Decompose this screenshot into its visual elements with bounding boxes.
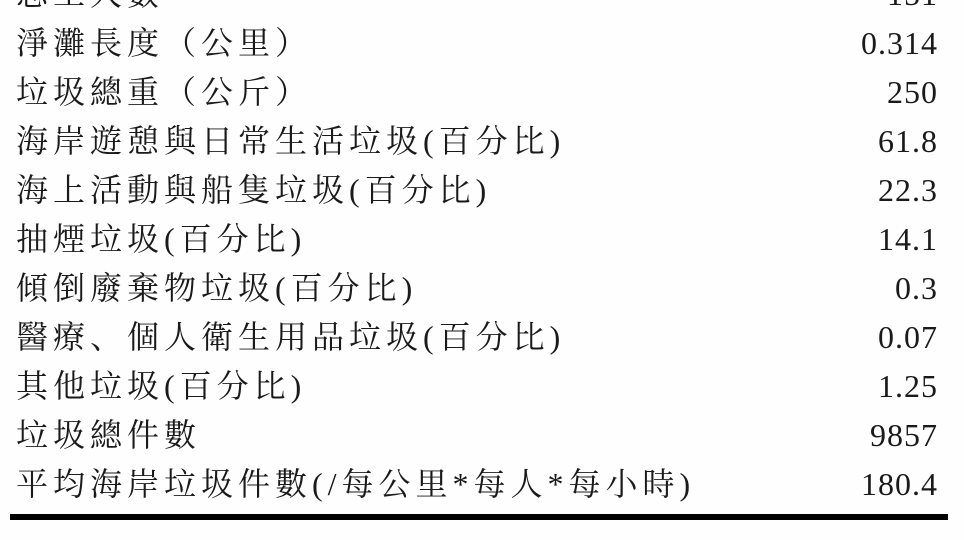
row-value: 1.25 <box>878 362 938 411</box>
table-row-dumping-litter-pct: 傾倒廢棄物垃圾(百分比) 0.3 <box>16 264 938 313</box>
row-label: 醫療、個人衛生用品垃圾(百分比) <box>16 313 565 362</box>
row-label: 平均海岸垃圾件數(/每公里*每人*每小時) <box>16 460 695 509</box>
table-row-medical-hygiene-litter-pct: 醫療、個人衛生用品垃圾(百分比) 0.07 <box>16 313 938 362</box>
row-value: 22.3 <box>878 166 938 215</box>
row-value: 14.1 <box>878 215 938 264</box>
statistics-table: 志工人數 151 淨灘長度（公里） 0.314 垃圾總重（公斤） 250 海岸遊… <box>16 0 938 509</box>
row-value: 9857 <box>870 411 938 460</box>
table-row-volunteers: 志工人數 151 <box>16 0 938 19</box>
row-label: 其他垃圾(百分比) <box>16 362 306 411</box>
table-row-beach-length: 淨灘長度（公里） 0.314 <box>16 19 938 68</box>
table-row-total-items: 垃圾總件數 9857 <box>16 411 938 460</box>
table-row-smoking-litter-pct: 抽煙垃圾(百分比) 14.1 <box>16 215 938 264</box>
row-label: 垃圾總件數 <box>16 411 201 460</box>
row-value: 61.8 <box>878 117 938 166</box>
row-value: 0.3 <box>895 264 938 313</box>
row-value: 180.4 <box>861 460 938 509</box>
row-label: 海上活動與船隻垃圾(百分比) <box>16 166 491 215</box>
row-label: 海岸遊憩與日常生活垃圾(百分比) <box>16 117 565 166</box>
table-row-average-items: 平均海岸垃圾件數(/每公里*每人*每小時) 180.4 <box>16 460 938 509</box>
document-page: 志工人數 151 淨灘長度（公里） 0.314 垃圾總重（公斤） 250 海岸遊… <box>0 0 964 540</box>
row-value: 151 <box>887 0 938 19</box>
row-label: 垃圾總重（公斤） <box>16 68 312 117</box>
table-row-other-litter-pct: 其他垃圾(百分比) 1.25 <box>16 362 938 411</box>
row-label: 淨灘長度（公里） <box>16 19 312 68</box>
row-value: 0.07 <box>878 313 938 362</box>
table-row-marine-activity-litter-pct: 海上活動與船隻垃圾(百分比) 22.3 <box>16 166 938 215</box>
row-value: 250 <box>887 68 938 117</box>
row-label: 抽煙垃圾(百分比) <box>16 215 306 264</box>
table-bottom-rule <box>10 514 948 520</box>
table-row-total-weight: 垃圾總重（公斤） 250 <box>16 68 938 117</box>
row-value: 0.314 <box>861 19 938 68</box>
table-row-recreation-litter-pct: 海岸遊憩與日常生活垃圾(百分比) 61.8 <box>16 117 938 166</box>
row-label: 傾倒廢棄物垃圾(百分比) <box>16 264 417 313</box>
row-label: 志工人數 <box>16 0 164 19</box>
